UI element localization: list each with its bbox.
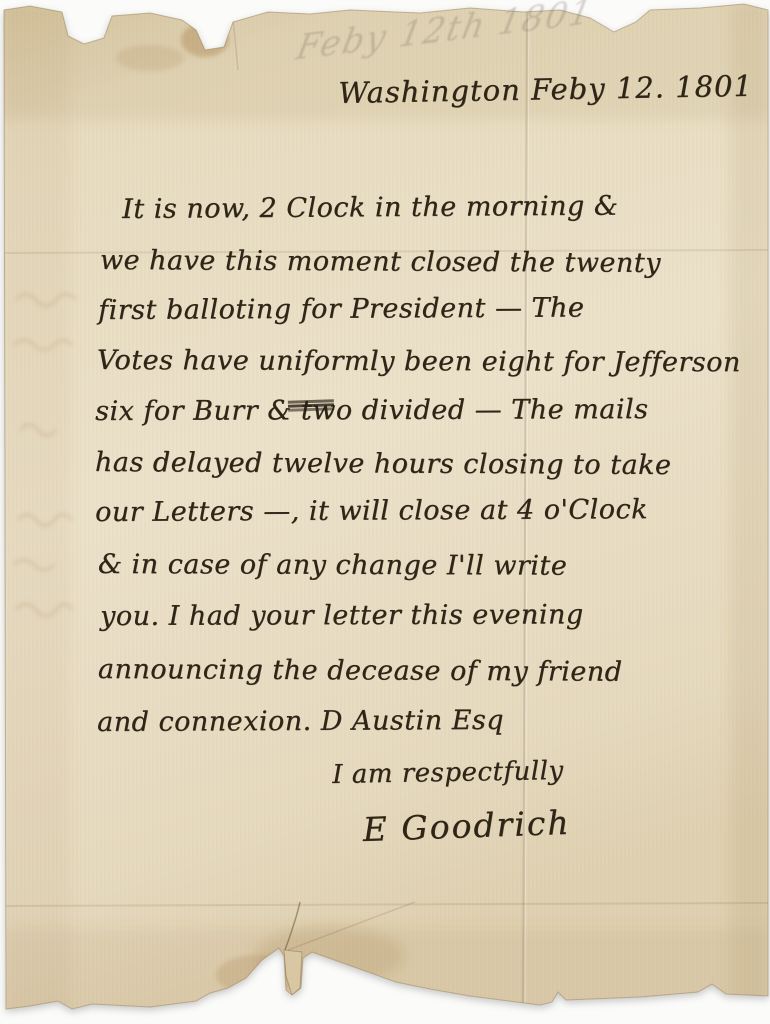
- letter-line-1: It is now, 2 Clock in the morning &: [122, 191, 618, 225]
- letter-line-8: & in case of any change I'll write: [98, 549, 567, 582]
- letter-line-3: first balloting for President — The: [98, 292, 584, 326]
- letter-line-9: you. I had your letter this evening: [100, 599, 584, 632]
- letter-dateline: Washington Feby 12. 1801: [338, 69, 753, 110]
- letter-line-4: Votes have uniformly been eight for Jeff…: [97, 345, 741, 378]
- stain-top-left: [116, 45, 184, 71]
- left-toning: [0, 0, 70, 1024]
- letter-line-6: has delayed twelve hours closing to take: [95, 447, 672, 481]
- right-toning: [730, 0, 770, 1024]
- letter-scan: Feby 12th 1801 Washington Feby 12. 1801 …: [0, 0, 770, 1024]
- letter-line-7: our Letters —, it will close at 4 o'Cloc…: [95, 494, 648, 528]
- stain-top: [181, 23, 229, 57]
- letter-closing: I am respectfully: [332, 756, 564, 790]
- letter-line-10: announcing the decease of my friend: [98, 654, 623, 688]
- letter-signature: E Goodrich: [362, 803, 571, 849]
- letter-line-5: six for Burr & two divided — The mails: [95, 394, 648, 427]
- letter-line-11: and connexion. D Austin Esq: [97, 705, 504, 738]
- letter-line-2: we have this moment closed the twenty: [100, 245, 661, 279]
